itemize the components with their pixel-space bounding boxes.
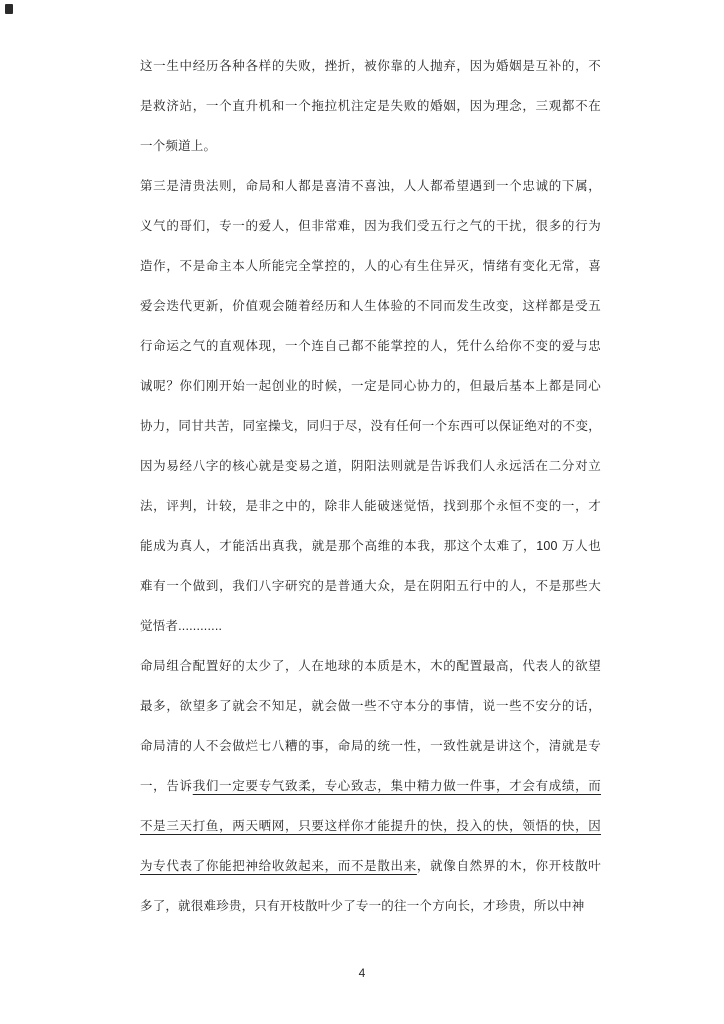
text-line: 诚呢？你们刚开始一起创业的时候，一定是同心协力的，但最后基本上都是同心: [140, 366, 601, 406]
text-segment: 命局清的人不会做烂七八糟的事，命局的统一性，一致性就是讲这个，清就是专: [140, 739, 601, 753]
text-segment: 多了，就很难珍贵，只有开枝散叶少了专一的往一个方向长，才珍贵，所以中神: [140, 899, 585, 913]
text-segment: 是救济站，一个直升机和一个拖拉机注定是失败的婚姻，因为理念，三观都不在: [140, 99, 601, 113]
text-segment: 爱会迭代更新，价值观会随着经历和人生体验的不同而发生改变，这样都是受五: [140, 299, 601, 313]
text-segment: 能成为真人，才能活出真我，就是那个高维的本我，那这个太难了，100 万人也: [140, 539, 601, 553]
text-line: 一，告诉我们一定要专气致柔，专心致志，集中精力做一件事，才会有成绩，而: [140, 766, 601, 806]
text-line: 难有一个做到，我们八字研究的是普通大众，是在阴阳五行中的人，不是那些大: [140, 566, 601, 606]
underlined-text: 我们一定要专气致柔，专心致志，集中精力做一件事，才会有成绩，而: [193, 779, 601, 793]
text-line: 第三是清贵法则，命局和人都是喜清不喜浊，人人都希望遇到一个忠诚的下属，: [140, 166, 601, 206]
text-line: 造作，不是命主本人所能完全掌控的，人的心有生住异灭，情绪有变化无常，喜: [140, 246, 601, 286]
text-segment: 义气的哥们，专一的爱人，但非常难，因为我们受五行之气的干扰，很多的行为: [140, 219, 601, 233]
text-segment: ，就像自然界的木，你开枝散叶: [417, 859, 601, 873]
text-segment: 造作，不是命主本人所能完全掌控的，人的心有生住异灭，情绪有变化无常，喜: [140, 259, 601, 273]
text-line: 命局组合配置好的太少了，人在地球的本质是木，木的配置最高，代表人的欲望: [140, 646, 601, 686]
text-line: 行命运之气的直观体现，一个连自己都不能掌控的人，凭什么给你不变的爱与忠: [140, 326, 601, 366]
paragraph: 第三是清贵法则，命局和人都是喜清不喜浊，人人都希望遇到一个忠诚的下属，义气的哥们…: [140, 166, 601, 646]
text-line: 觉悟者............: [140, 606, 601, 646]
text-line: 义气的哥们，专一的爱人，但非常难，因为我们受五行之气的干扰，很多的行为: [140, 206, 601, 246]
text-line: 这一生中经历各种各样的失败，挫折，被你靠的人抛弃，因为婚姻是互补的，不: [140, 46, 601, 86]
underlined-text: 为专代表了你能把神给收敛起来，而不是散出来: [140, 859, 417, 873]
text-line: 命局清的人不会做烂七八糟的事，命局的统一性，一致性就是讲这个，清就是专: [140, 726, 601, 766]
corner-mark: [5, 4, 13, 14]
text-line: 爱会迭代更新，价值观会随着经历和人生体验的不同而发生改变，这样都是受五: [140, 286, 601, 326]
text-segment: 一个频道上。: [140, 139, 216, 153]
text-line: 最多，欲望多了就会不知足，就会做一些不守本分的事情，说一些不安分的话，: [140, 686, 601, 726]
text-line: 为专代表了你能把神给收敛起来，而不是散出来，就像自然界的木，你开枝散叶: [140, 846, 601, 886]
text-segment: 第三是清贵法则，命局和人都是喜清不喜浊，人人都希望遇到一个忠诚的下属，: [140, 179, 601, 193]
text-segment: 难有一个做到，我们八字研究的是普通大众，是在阴阳五行中的人，不是那些大: [140, 579, 601, 593]
paragraph: 这一生中经历各种各样的失败，挫折，被你靠的人抛弃，因为婚姻是互补的，不是救济站，…: [140, 46, 601, 166]
paragraph: 命局组合配置好的太少了，人在地球的本质是木，木的配置最高，代表人的欲望最多，欲望…: [140, 646, 601, 926]
text-segment: 最多，欲望多了就会不知足，就会做一些不守本分的事情，说一些不安分的话，: [140, 699, 601, 713]
text-segment: 行命运之气的直观体现，一个连自己都不能掌控的人，凭什么给你不变的爱与忠: [140, 339, 601, 353]
text-segment: 命局组合配置好的太少了，人在地球的本质是木，木的配置最高，代表人的欲望: [140, 659, 601, 673]
text-line: 多了，就很难珍贵，只有开枝散叶少了专一的往一个方向长，才珍贵，所以中神: [140, 886, 601, 926]
text-segment: 一，告诉: [140, 779, 193, 793]
text-segment: 这一生中经历各种各样的失败，挫折，被你靠的人抛弃，因为婚姻是互补的，不: [140, 59, 601, 73]
document-body: 这一生中经历各种各样的失败，挫折，被你靠的人抛弃，因为婚姻是互补的，不是救济站，…: [140, 46, 601, 926]
text-segment: 觉悟者............: [140, 619, 222, 633]
text-segment: 协力，同甘共苦，同室操戈，同归于尽，没有任何一个东西可以保证绝对的不变，: [140, 419, 601, 433]
text-line: 能成为真人，才能活出真我，就是那个高维的本我，那这个太难了，100 万人也: [140, 526, 601, 566]
text-line: 不是三天打鱼，两天晒网，只要这样你才能提升的快，投入的快，领悟的快，因: [140, 806, 601, 846]
text-line: 协力，同甘共苦，同室操戈，同归于尽，没有任何一个东西可以保证绝对的不变，: [140, 406, 601, 446]
text-line: 是救济站，一个直升机和一个拖拉机注定是失败的婚姻，因为理念，三观都不在: [140, 86, 601, 126]
text-line: 一个频道上。: [140, 126, 601, 166]
text-segment: 诚呢？你们刚开始一起创业的时候，一定是同心协力的，但最后基本上都是同心: [140, 379, 601, 393]
underlined-text: 不是三天打鱼，两天晒网，只要这样你才能提升的快，投入的快，领悟的快，因: [140, 819, 601, 833]
text-segment: 法，评判，计较，是非之中的，除非人能破迷觉悟，找到那个永恒不变的一，才: [140, 499, 601, 513]
text-segment: 因为易经八字的核心就是变易之道，阴阳法则就是告诉我们人永远活在二分对立: [140, 459, 601, 473]
text-line: 因为易经八字的核心就是变易之道，阴阳法则就是告诉我们人永远活在二分对立: [140, 446, 601, 486]
text-line: 法，评判，计较，是非之中的，除非人能破迷觉悟，找到那个永恒不变的一，才: [140, 486, 601, 526]
page-number: 4: [0, 966, 724, 980]
